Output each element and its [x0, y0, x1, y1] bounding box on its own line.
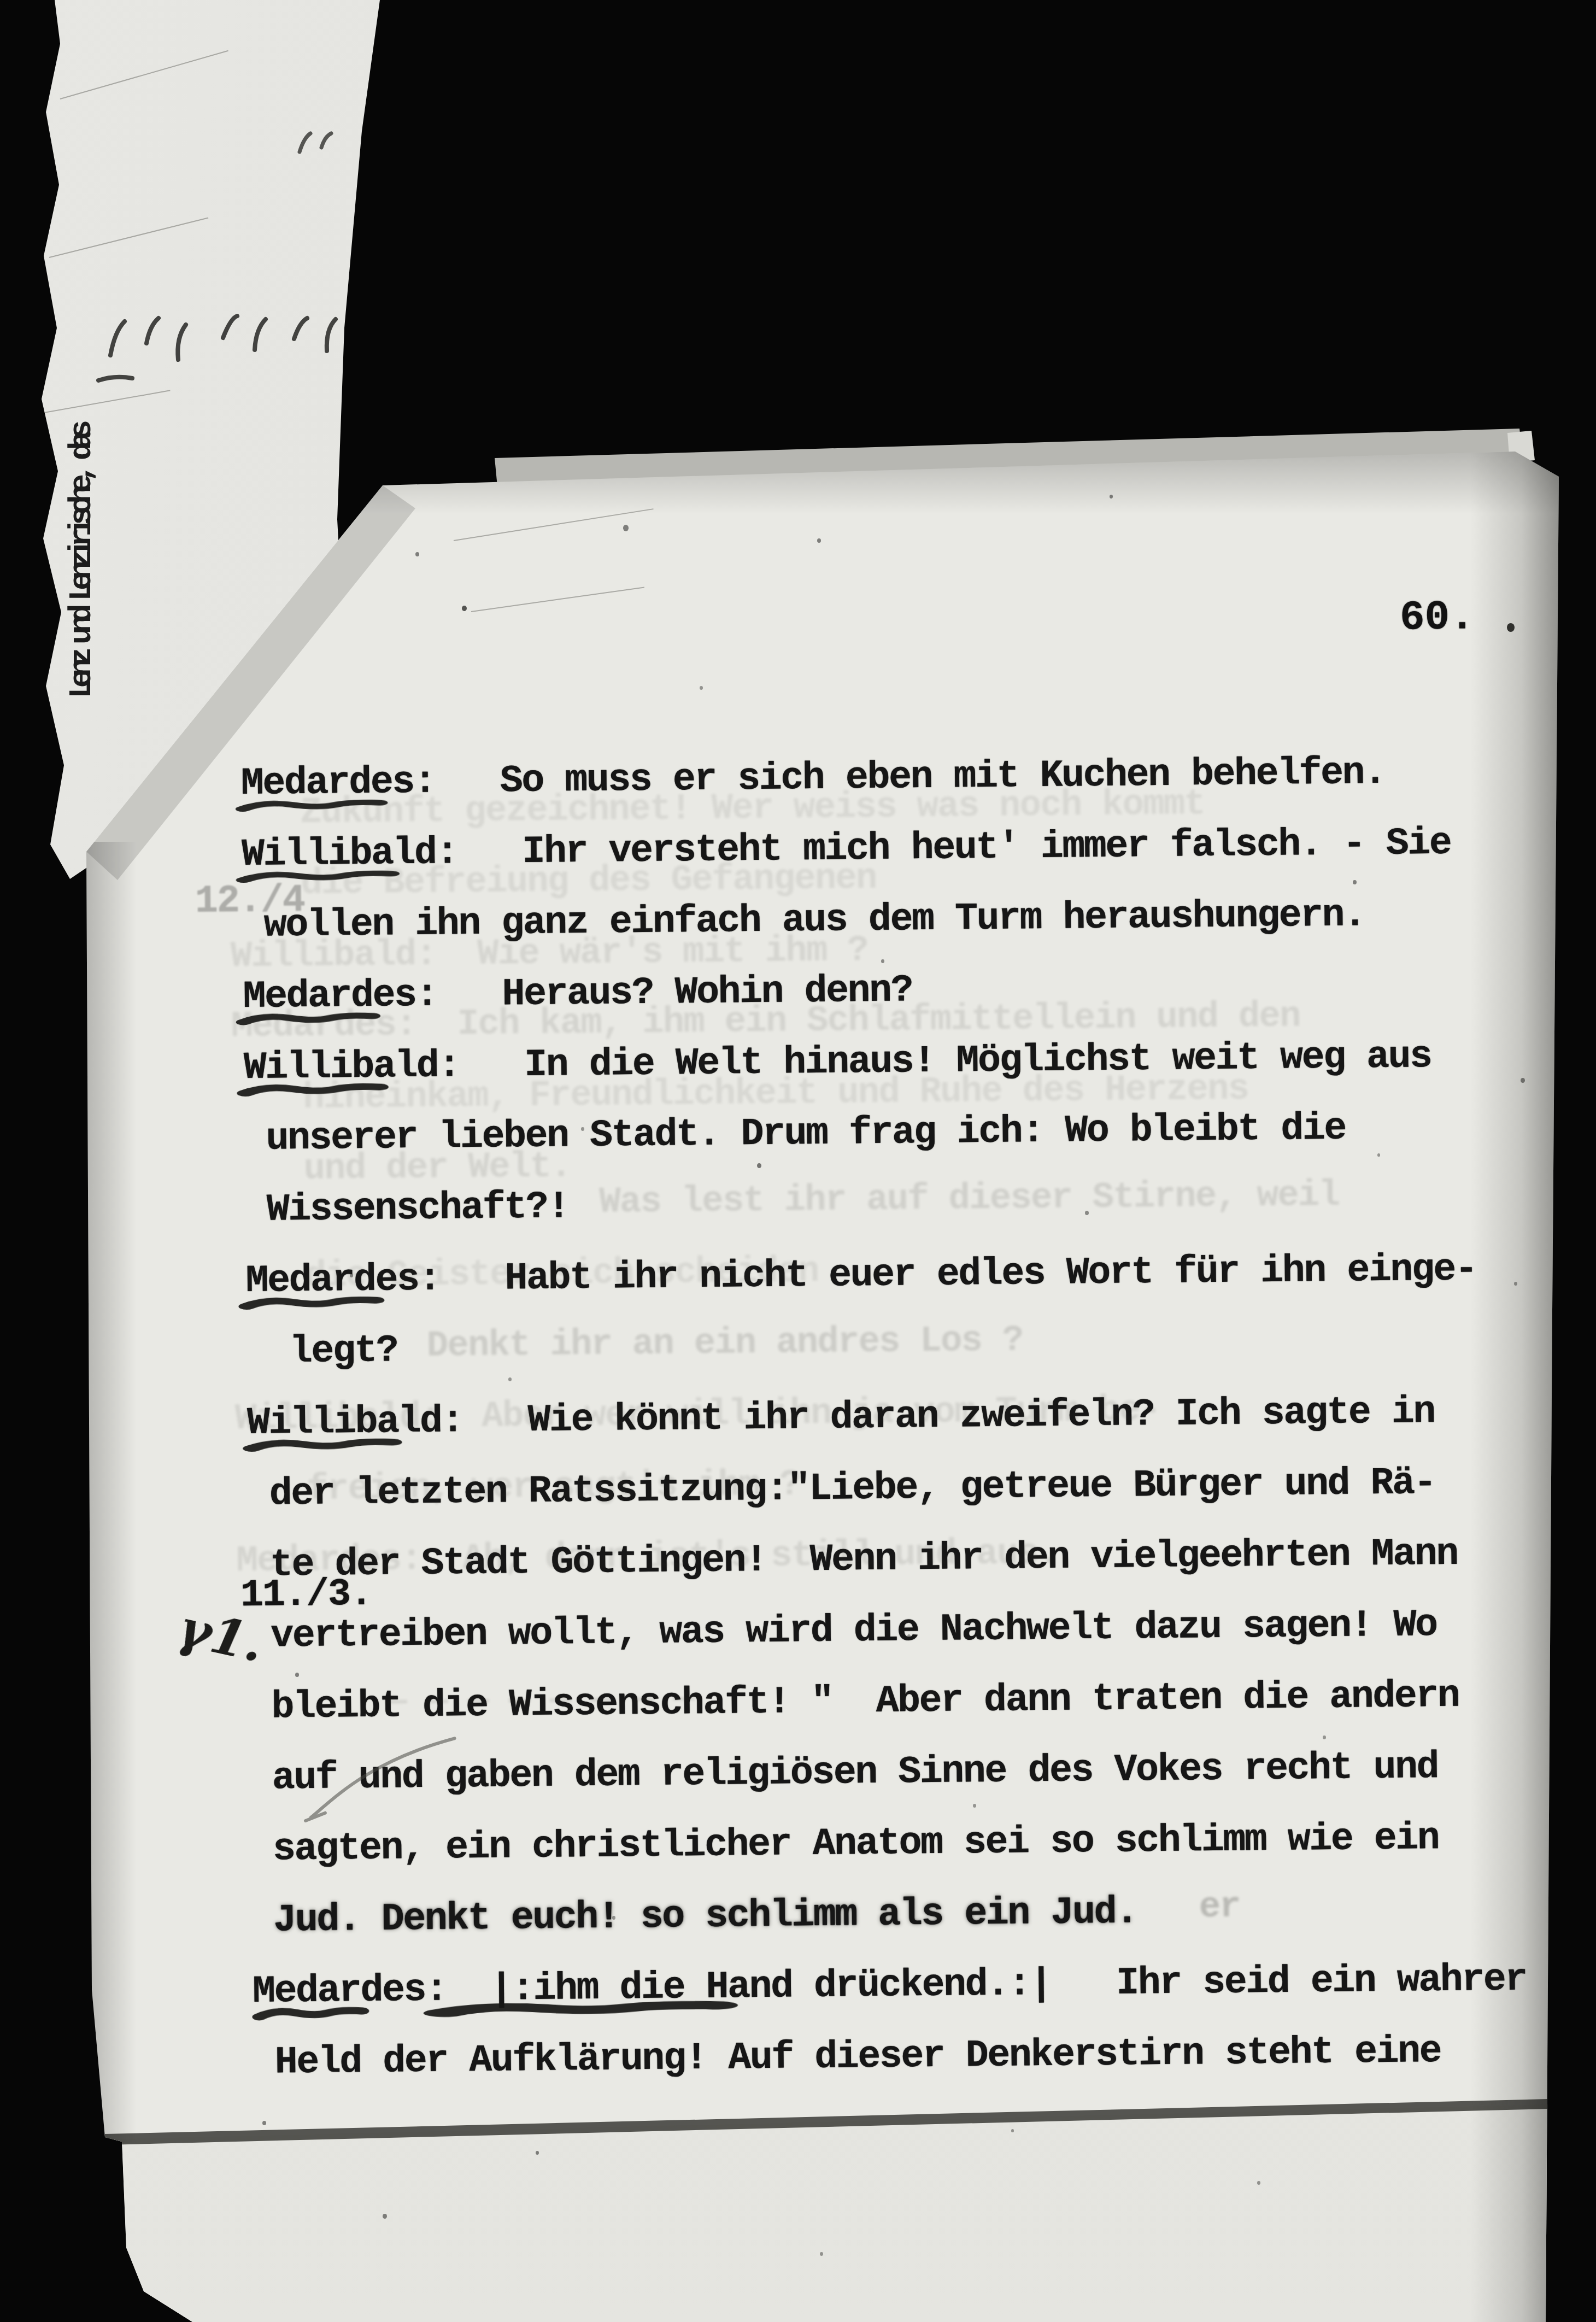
- page-number: 60.: [1400, 594, 1475, 641]
- ink-speck: [462, 606, 467, 611]
- left-rotated-sheet: Lenz und Lenzirische, das: [0, 0, 1596, 2322]
- script-line: Medardes: Heraus? Wohin denn?: [243, 964, 913, 1025]
- ink-speck: [1257, 2181, 1260, 2185]
- speaker-underline: [243, 1295, 380, 1311]
- edge-shading-top: [355, 448, 1563, 514]
- ink-speck: [612, 1916, 615, 1920]
- ghost-line: die Befreiung des Gefangenen: [301, 858, 877, 904]
- ghost-line: die Geister sich scheiden: [304, 1251, 819, 1297]
- script-line: Willibald: Ihr versteht mich heut' immer…: [242, 817, 1451, 883]
- script-line: Medardes: |:ihm die Hand drückend.:| Ihr…: [253, 1953, 1527, 2020]
- ink-speck: [295, 1673, 299, 1677]
- script-line: te der Stadt Göttingen! Wenn ihr den vie…: [248, 1527, 1458, 1593]
- script-line: Jud. Denkt euch! so schlimm als ein Jud.: [251, 1885, 1137, 1949]
- ink-speck: [757, 1163, 761, 1168]
- scratch-line: [454, 508, 654, 541]
- pencil-stroke: [298, 1714, 474, 1836]
- ink-speck: [1323, 1735, 1326, 1739]
- scratch-line: [49, 217, 209, 258]
- ghost-line: hineinkam, Freundlichkeit und Ruhe des H…: [303, 1068, 1249, 1118]
- ink-speck: [1110, 495, 1113, 499]
- ink-speck: [1353, 880, 1357, 884]
- script-line: legt?: [246, 1324, 398, 1380]
- speaker-underline: [239, 1011, 377, 1027]
- ink-speck: [1507, 623, 1515, 632]
- speaker-underline: [238, 798, 385, 814]
- ghost-line: — — — — — — — —: [385, 1678, 694, 1722]
- script-line: Wissenschaft?!: [245, 1180, 570, 1238]
- ink-speck: [1521, 1078, 1525, 1083]
- speaker-underline: [239, 869, 396, 884]
- ink-speck: [1555, 1626, 1566, 1639]
- script-line: Medardes: So muss er sich eben mit Kuche…: [240, 746, 1386, 812]
- ink-speck: [262, 2121, 266, 2125]
- script-line: auf und gaben dem religiösen Sinne des V…: [250, 1740, 1439, 1807]
- script-line: Medardes: Habt ihr nicht euer edles Wort…: [245, 1242, 1477, 1309]
- ink-speck: [973, 1804, 976, 1808]
- margin-note-handwritten: γ1.: [173, 1598, 269, 1674]
- bleed-through-text: Zukunft gezeichnet! Wer weiss was noch k…: [0, 0, 1582, 2]
- ink-speck: [907, 1634, 911, 1638]
- scratch-line: [60, 50, 228, 99]
- ink-speck: [350, 1274, 353, 1277]
- ghost-line: Medardes: Ich kam, ihm ein Schlafmittell…: [231, 995, 1300, 1047]
- ink-speck: [415, 552, 419, 556]
- ink-speck: [1377, 1153, 1380, 1157]
- ink-speck: [508, 1377, 512, 1381]
- ghost-line: und der Welt.: [303, 1146, 571, 1189]
- ink-speck: [881, 959, 884, 963]
- speaker-underline: [241, 1082, 384, 1098]
- edge-shading-right: [1470, 437, 1563, 2322]
- typed-content: 60. Medardes: So muss er sich eben mit K…: [0, 0, 1596, 2322]
- scanned-typescript-page: { "document": { "page_number": "60.", "s…: [0, 0, 1596, 2322]
- spine-title-vertical-text: Lenz und Lenzirische, das: [64, 64, 100, 699]
- pen-scribbles: [82, 273, 355, 415]
- ink-underlines: [0, 0, 1582, 2]
- typescript-sheet: 60. Medardes: So muss er sich eben mit K…: [0, 0, 1596, 2322]
- ghost-line: Denkt ihr an ein andres Los ?: [426, 1320, 1023, 1366]
- dialogue-block: Medardes: So muss er sich eben mit Kuche…: [0, 0, 1582, 2]
- script-line: vertreiben wollt, was wird die Nachwelt …: [249, 1598, 1437, 1664]
- scratch-line: [471, 587, 644, 612]
- under-sheet-bottom: [0, 0, 1596, 2322]
- speaker-underline: [247, 1437, 397, 1453]
- scratch-line: [41, 390, 171, 414]
- script-line: der letzten Ratssitzung:"Liebe, getreue …: [248, 1456, 1436, 1522]
- ink-speck: [1514, 1282, 1517, 1286]
- script-line: sagten, ein christlicher Anatom sei so s…: [251, 1811, 1439, 1878]
- script-line: bleibt die Wissenschaft! " Aber dann tra…: [250, 1669, 1459, 1735]
- ghost-line: Willibald: Aber wer will ihn ja vom Turm…: [235, 1389, 1160, 1439]
- ink-speck: [623, 525, 629, 531]
- script-line: unserer lieben Stadt. Drum frag ich: Wo …: [244, 1102, 1346, 1167]
- script-line: Willibald: Wie könnt ihr daran zweifeln?…: [247, 1385, 1435, 1451]
- ghost-line: Willibald: Wie wär's mit ihm ?: [230, 930, 867, 977]
- ink-speck: [1085, 1211, 1089, 1215]
- under-sheet-top-edge: [0, 0, 1596, 2322]
- ink-speck: [383, 2214, 387, 2219]
- ink-speck: [817, 538, 821, 543]
- ink-speck: [1011, 2129, 1014, 2132]
- ghost-line: Zukunft gezeichnet! Wer weiss was noch k…: [300, 783, 1205, 833]
- ghost-line: er: [1199, 1886, 1240, 1928]
- ink-speck: [820, 2252, 823, 2256]
- ink-speck: [581, 1127, 584, 1131]
- speaker-underline: [436, 2001, 725, 2018]
- script-line: Held der Aufklärung! Auf dieser Denkerst…: [253, 2025, 1441, 2091]
- speaker-underline: [256, 2006, 365, 2021]
- ink-speck: [1224, 1476, 1228, 1480]
- script-line: Willibald: In die Welt hinaus! Möglichst…: [243, 1030, 1431, 1096]
- sheet-bottom-edge: [0, 0, 1596, 2322]
- margin-note-ghost: 12./4: [195, 879, 305, 924]
- script-line: wollen ihn ganz einfach aus dem Turm her…: [242, 888, 1365, 954]
- ink-speck: [536, 2151, 539, 2155]
- under-sheet-corner-tab: [0, 0, 1596, 2322]
- margin-note-typed: 11./3.: [240, 1573, 372, 1617]
- edge-shading-diagonal: [0, 0, 1596, 2322]
- ghost-line: Was lest ihr auf dieser Stirne, weil: [599, 1175, 1340, 1223]
- ghost-line: freien, wer sagt's ihm ?: [307, 1464, 800, 1510]
- ghost-line: Medardes: Ah, dann ist's still und aus.: [236, 1533, 1059, 1581]
- ink-speck: [700, 686, 703, 690]
- edge-shading-left: [82, 842, 137, 2143]
